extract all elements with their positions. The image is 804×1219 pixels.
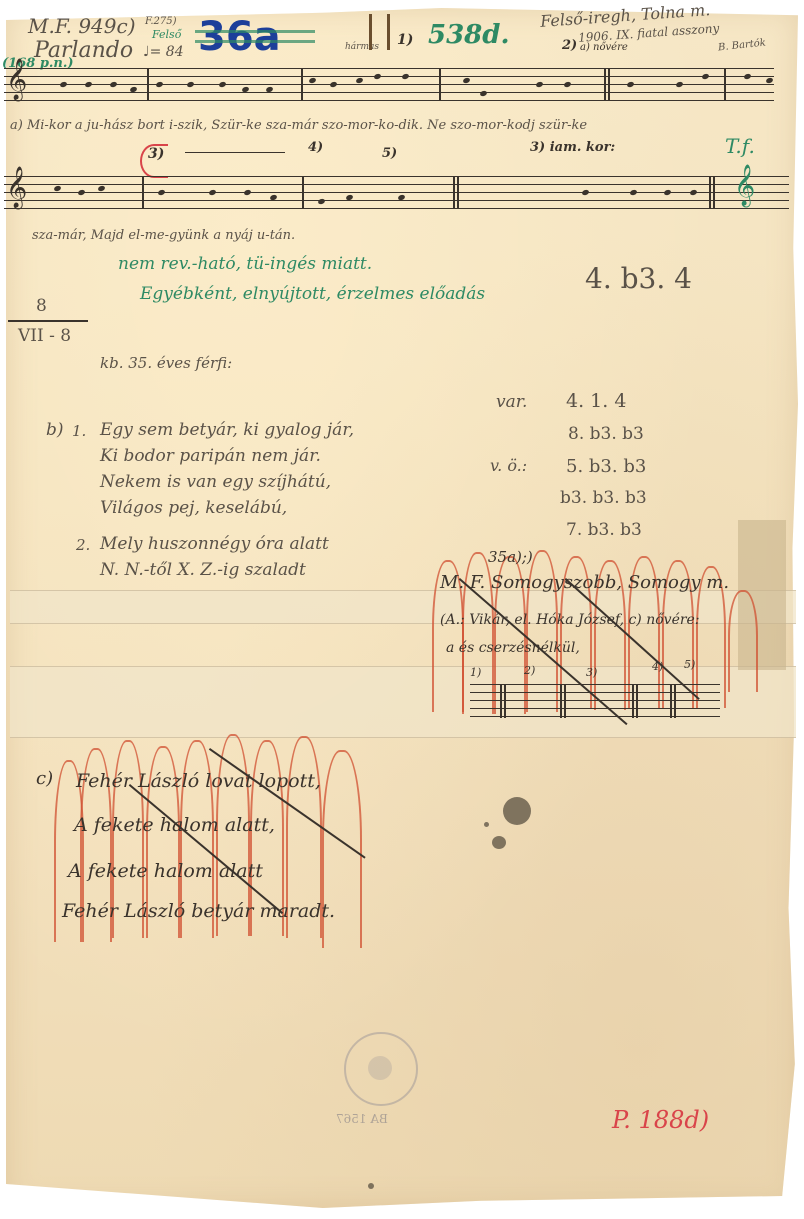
verse-b-label: b)	[46, 420, 64, 440]
crossed-staff	[470, 684, 720, 720]
crossed-c-line: Fehér László lovat lopott,	[76, 770, 321, 792]
staff2-mark-5: 5)	[382, 146, 397, 161]
variant-label: v. ö.:	[490, 456, 527, 475]
fraction-denominator: VII - 8	[18, 326, 71, 346]
music-staff-2: 𝄞 𝄞	[4, 176, 789, 210]
fraction-numerator: 8	[36, 296, 47, 316]
music-staff-1: 𝄞	[4, 68, 774, 102]
crossed-mark: 2)	[524, 664, 535, 677]
variant-label: var.	[496, 392, 527, 412]
stanza-2-number: 2.	[76, 536, 90, 554]
green-note-2: Egyébként, elnyújtott, érzelmes előadás	[140, 284, 485, 304]
ink-stain	[503, 797, 531, 825]
staff2-mark-3: 3)	[148, 146, 164, 162]
staff2-mark-3b: 3) iam. kor:	[530, 140, 615, 155]
stanza-line: N. N.-től X. Z.-ig szaladt	[100, 560, 306, 580]
page-ref-red: P. 188d)	[612, 1106, 709, 1134]
ink-mark	[369, 14, 372, 50]
crossed-line-1: M. F. Somogyszobb, Somogy m.	[440, 572, 729, 593]
variant-value: 7. b3. b3	[566, 520, 642, 540]
crossed-line-3: a és cserzésnélkül,	[446, 640, 580, 656]
stanza-line: Mely huszonnégy óra alatt	[100, 534, 329, 554]
crossed-c-line: A fekete halom alatt,	[74, 814, 275, 836]
stanza-line: Ki bodor paripán nem jár.	[100, 446, 321, 466]
scale-formula: 4. b3. 4	[585, 262, 692, 295]
crossed-ref: 35a);)	[488, 548, 533, 566]
stanza-line: Világos pej, keselábú,	[100, 498, 287, 518]
ink-mark	[387, 14, 390, 50]
crossed-mark: 1)	[470, 666, 481, 679]
catalog-mf: M.F. 949c)	[28, 14, 136, 38]
variant-value: 4. 1. 4	[566, 390, 626, 412]
singer-info: kb. 35. éves férfi:	[100, 354, 232, 372]
treble-clef-icon: 𝄞	[6, 170, 27, 206]
variant-note: a) nővére	[580, 42, 628, 53]
strike-line	[195, 30, 315, 33]
number-green: 538d.	[428, 20, 510, 50]
catalog-f: F.275)	[145, 16, 177, 27]
green-treble-clef-icon: 𝄞	[734, 168, 755, 204]
staff2-mark-4: 4)	[308, 140, 323, 155]
green-note-1: nem rev.-ható, tü-ingés miatt.	[118, 254, 372, 274]
lyrics-line-2: sza-már, Majd el-me-gyünk a nyáj u-tán.	[32, 228, 295, 243]
crossed-mark: 3)	[586, 666, 597, 679]
crossed-line-2: (A.: Vikár, el. Hóka József, c) nővére:	[440, 612, 700, 628]
strike-line	[195, 40, 315, 43]
crossed-c-line: Fehér László betyár maradt.	[62, 900, 335, 922]
variant-value: 8. b3. b3	[568, 424, 644, 444]
annotation-tf: T.f.	[725, 134, 755, 158]
harmony-note: hármas	[345, 42, 379, 52]
ink-stain	[484, 822, 489, 827]
crossed-c-label: c)	[36, 768, 53, 789]
variant-value: 5. b3. b3	[566, 456, 646, 477]
stanza-1-number: 1.	[72, 422, 86, 440]
ink-dot	[368, 1183, 374, 1189]
treble-clef-icon: 𝄞	[6, 62, 27, 98]
stanza-line: Nekem is van egy szíjhátú,	[100, 472, 331, 492]
label-felso: Felső	[152, 28, 181, 41]
footnote-1: 1)	[397, 32, 413, 48]
lyrics-line-1: a) Mi-kor a ju-hász bort i-szik, Szür-ke…	[10, 118, 587, 133]
metronome: ♩= 84	[143, 44, 184, 60]
number-blue: 36a	[198, 14, 281, 60]
crossed-mark: 5)	[684, 658, 695, 671]
variant-value: b3. b3. b3	[560, 488, 647, 508]
fraction-line	[8, 320, 88, 322]
ink-stain	[492, 836, 506, 849]
extension-line	[185, 152, 285, 153]
stamp-number: BA 1567	[336, 1112, 388, 1126]
library-stamp	[344, 1032, 418, 1106]
stanza-line: Egy sem betyár, ki gyalog jár,	[100, 420, 354, 440]
footnote-2: 2)	[562, 38, 577, 53]
